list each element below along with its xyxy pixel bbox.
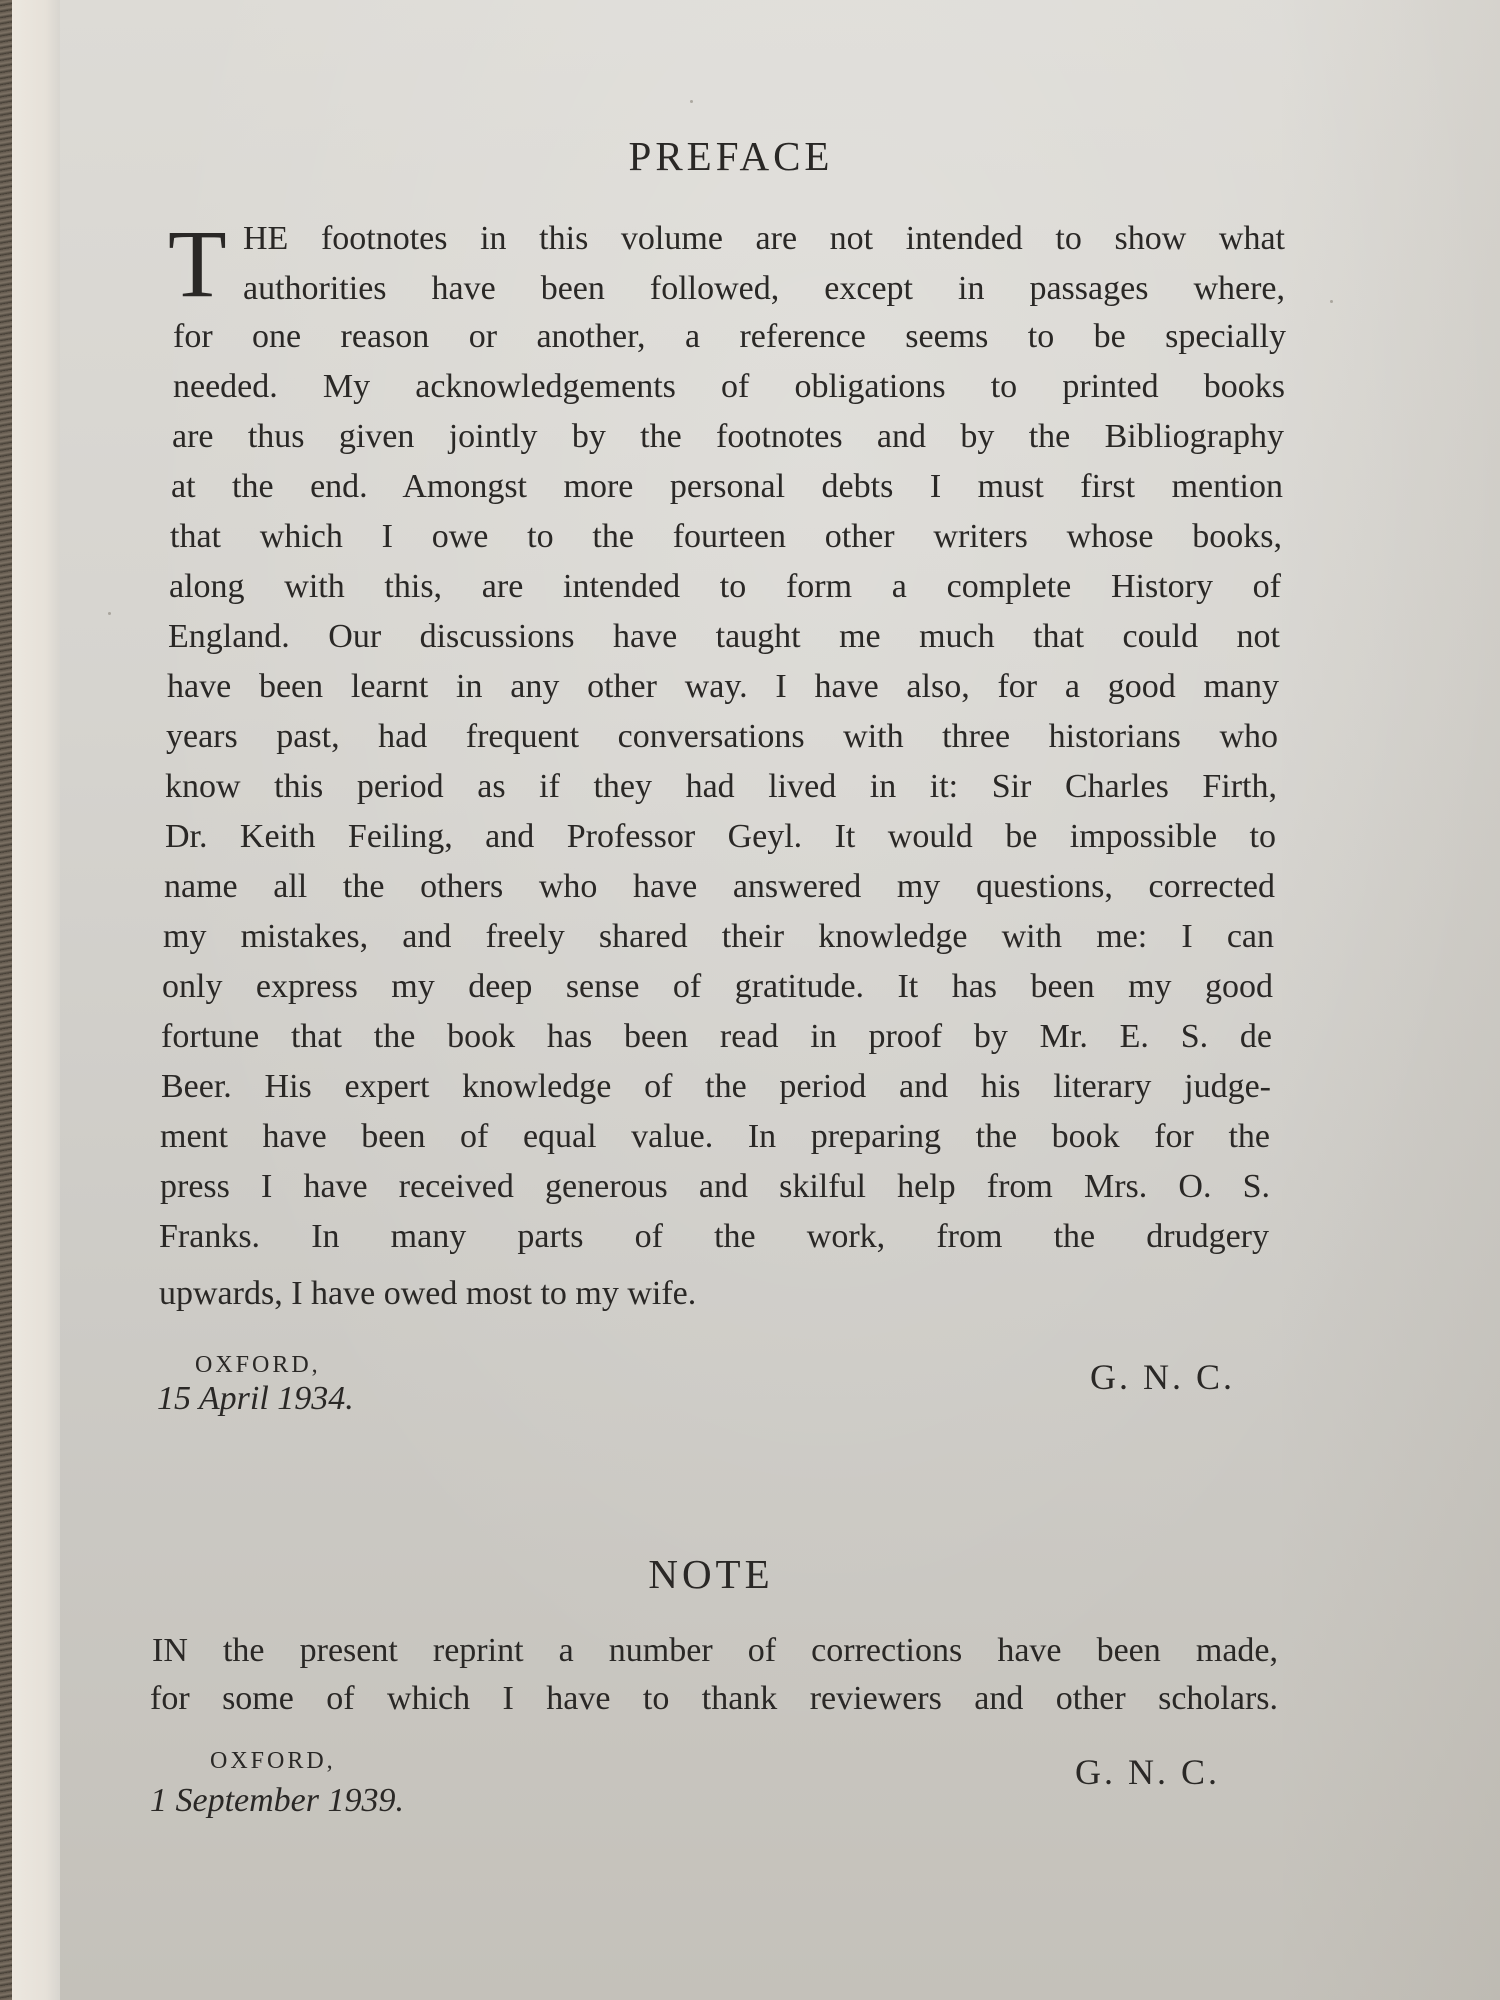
page-gutter-strip [12,0,60,2000]
note-line: IN the present reprint a number of corre… [152,1634,1278,1674]
preface-place: OXFORD, [195,1352,321,1379]
preface-line: years past, had frequent conversations w… [166,720,1278,760]
preface-line: England. Our discussions have taught me … [168,620,1280,660]
preface-line: only express my deep sense of gratitude.… [162,970,1273,1010]
small-caps-word: HE [243,220,288,257]
preface-line: HE footnotes in this volume are not inte… [243,222,1285,262]
preface-line: ment have been of equal value. In prepar… [160,1120,1270,1160]
preface-line: are thus given jointly by the footnotes … [172,420,1284,460]
preface-line: at the end. Amongst more personal debts … [171,470,1283,510]
small-caps-word: N [163,1632,188,1669]
preface-signature: G. N. C. [1090,1356,1235,1398]
preface-date: 15 April 1934. [157,1380,354,1418]
drop-cap: T [168,216,227,312]
preface-line: name all the others who have answered my… [164,870,1275,910]
preface-line: Franks. In many parts of the work, from … [159,1220,1269,1260]
preface-line: fortune that the book has been read in p… [161,1020,1272,1060]
paper-speck [108,612,111,615]
preface-line: along with this, are intended to form a … [169,570,1281,610]
preface-line: know this period as if they had lived in… [165,770,1277,810]
preface-line: have been learnt in any other way. I hav… [167,670,1279,710]
preface-line: my mistakes, and freely shared their kno… [163,920,1274,960]
initial-cap: I [152,1632,163,1669]
note-place: OXFORD, [210,1748,336,1775]
preface-title: PREFACE [629,132,834,180]
preface-line: that which I owe to the fourteen other w… [170,520,1282,560]
book-binding-edge [0,0,12,2000]
preface-line-last: upwards, I have owed most to my wife. [159,1277,696,1311]
preface-line: press I have received generous and skilf… [160,1170,1270,1210]
preface-line: needed. My acknowledgements of obligatio… [173,370,1285,410]
note-title: NOTE [648,1550,773,1598]
note-date: 1 September 1939. [150,1782,404,1820]
preface-line: authorities have been followed, except i… [243,272,1285,312]
preface-line: Dr. Keith Feiling, and Professor Geyl. I… [165,820,1276,860]
preface-line: for one reason or another, a reference s… [173,320,1286,360]
note-signature: G. N. C. [1075,1751,1220,1793]
preface-line: Beer. His expert knowledge of the period… [161,1070,1271,1110]
paper-speck [1330,300,1333,303]
note-line: for some of which I have to thank review… [150,1682,1278,1722]
paper-speck [690,100,693,103]
